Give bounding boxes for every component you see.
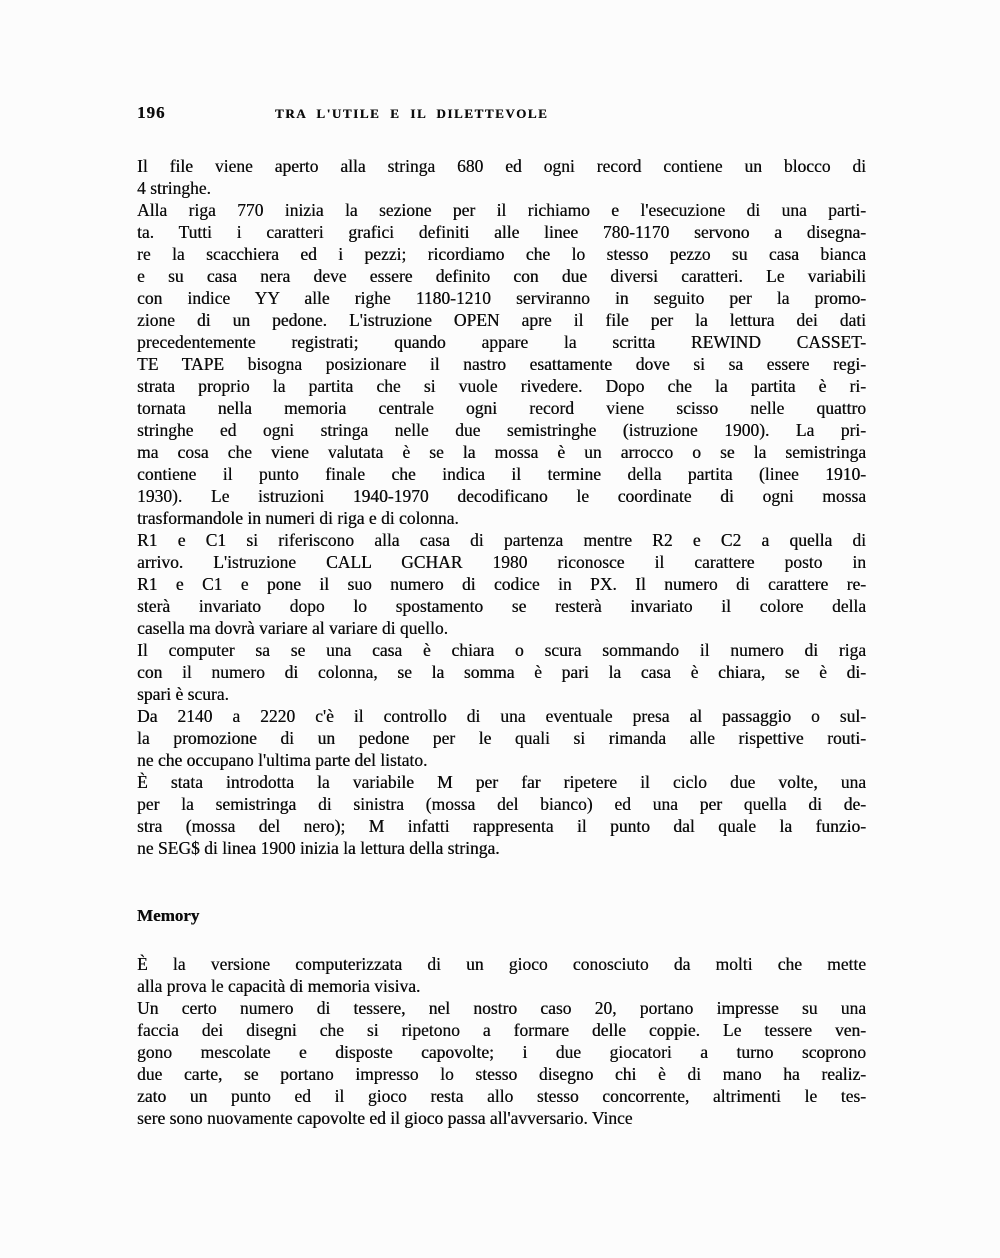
text-line: alla prova le capacità di memoria visiva… bbox=[137, 975, 866, 997]
text-line: tornata nella memoria centrale ogni reco… bbox=[137, 397, 866, 419]
text-line: spari è scura. bbox=[137, 683, 866, 705]
page-body: Il file viene aperto alla stringa 680 ed… bbox=[137, 155, 866, 1129]
text-line: 1930). Le istruzioni 1940-1970 decodific… bbox=[137, 485, 866, 507]
paragraph: Alla riga 770 inizia la sezione per il r… bbox=[137, 199, 866, 529]
paragraph: Il file viene aperto alla stringa 680 ed… bbox=[137, 155, 866, 199]
section-heading: Memory bbox=[137, 905, 866, 927]
text-line: R1 e C1 e pone il suo numero di codice i… bbox=[137, 573, 866, 595]
text-line: Alla riga 770 inizia la sezione per il r… bbox=[137, 199, 866, 221]
paragraph: È la versione computerizzata di un gioco… bbox=[137, 953, 866, 997]
text-line: ma cosa che viene valutata è se la mossa… bbox=[137, 441, 866, 463]
text-line: per la semistringa di sinistra (mossa de… bbox=[137, 793, 866, 815]
text-line: stringhe ed ogni stringa nelle due semis… bbox=[137, 419, 866, 441]
text-line: ta. Tutti i caratteri grafici definiti a… bbox=[137, 221, 866, 243]
text-line: Il file viene aperto alla stringa 680 ed… bbox=[137, 155, 866, 177]
text-line: due carte, se portano impresso lo stesso… bbox=[137, 1063, 866, 1085]
text-line: È stata introdotta la variabile M per fa… bbox=[137, 771, 866, 793]
text-line: gono mescolate e disposte capovolte; i d… bbox=[137, 1041, 866, 1063]
text-line: 4 stringhe. bbox=[137, 177, 866, 199]
paragraph: Il computer sa se una casa è chiara o sc… bbox=[137, 639, 866, 705]
paragraph: È stata introdotta la variabile M per fa… bbox=[137, 771, 866, 859]
text-line: È la versione computerizzata di un gioco… bbox=[137, 953, 866, 975]
text-line: arrivo. L'istruzione CALL GCHAR 1980 ric… bbox=[137, 551, 866, 573]
text-line: Un certo numero di tessere, nel nostro c… bbox=[137, 997, 866, 1019]
text-line: zato un punto ed il gioco resta allo ste… bbox=[137, 1085, 866, 1107]
text-line: con il numero di colonna, se la somma è … bbox=[137, 661, 866, 683]
text-line: sere sono nuovamente capovolte ed il gio… bbox=[137, 1107, 866, 1129]
text-line: re la scacchiera ed i pezzi; ricordiamo … bbox=[137, 243, 866, 265]
page-number: 196 bbox=[137, 103, 166, 123]
text-line: zione di un pedone. L'istruzione OPEN ap… bbox=[137, 309, 866, 331]
text-line: R1 e C1 si riferiscono alla casa di part… bbox=[137, 529, 866, 551]
paragraph: Un certo numero di tessere, nel nostro c… bbox=[137, 997, 866, 1129]
page-column: 196 TRA L'UTILE E IL DILETTEVOLE Il file… bbox=[137, 103, 866, 1129]
scanned-book-page: { "colors": { "page_background": "#fcfcf… bbox=[0, 0, 1000, 1258]
text-line: TE TAPE bisogna posizionare il nastro es… bbox=[137, 353, 866, 375]
text-line: Il computer sa se una casa è chiara o sc… bbox=[137, 639, 866, 661]
running-header: 196 TRA L'UTILE E IL DILETTEVOLE bbox=[137, 103, 866, 123]
text-line: la promozione di un pedone per le quali … bbox=[137, 727, 866, 749]
text-line: precedentemente registrati; quando appar… bbox=[137, 331, 866, 353]
text-line: trasformandole in numeri di riga e di co… bbox=[137, 507, 866, 529]
text-line: Da 2140 a 2220 c'è il controllo di una e… bbox=[137, 705, 866, 727]
text-line: ne che occupano l'ultima parte del lista… bbox=[137, 749, 866, 771]
text-line: faccia dei disegni che si ripetono a for… bbox=[137, 1019, 866, 1041]
paragraph: R1 e C1 si riferiscono alla casa di part… bbox=[137, 529, 866, 639]
text-line: stra (mossa del nero); M infatti rappres… bbox=[137, 815, 866, 837]
text-line: con indice YY alle righe 1180-1210 servi… bbox=[137, 287, 866, 309]
text-line: casella ma dovrà variare al variare di q… bbox=[137, 617, 866, 639]
running-title: TRA L'UTILE E IL DILETTEVOLE bbox=[275, 106, 548, 122]
paragraph: Da 2140 a 2220 c'è il controllo di una e… bbox=[137, 705, 866, 771]
text-line: contiene il punto finale che indica il t… bbox=[137, 463, 866, 485]
text-line: strata proprio la partita che si vuole r… bbox=[137, 375, 866, 397]
text-line: sterà invariato dopo lo spostamento se r… bbox=[137, 595, 866, 617]
text-line: ne SEG$ di linea 1900 inizia la lettura … bbox=[137, 837, 866, 859]
text-line: e su casa nera deve essere definito con … bbox=[137, 265, 866, 287]
